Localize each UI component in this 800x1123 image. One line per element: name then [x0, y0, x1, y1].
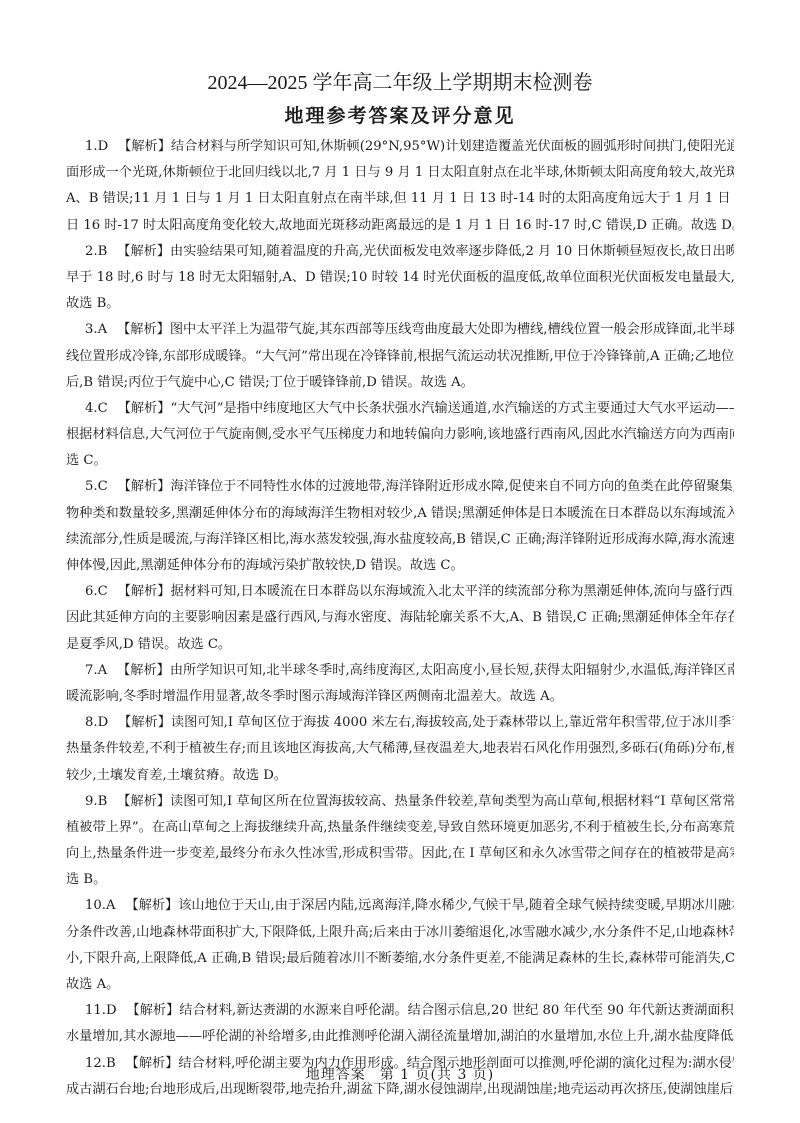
answer-line: 分条件改善,山地森林带面积扩大,下限降低,上限升高;后来由于冰川萎缩退化,冰雪融… [66, 920, 734, 946]
answer-text: 故选 A。 [66, 977, 119, 992]
answer-text: 是夏季风,D 错误。故选 C。 [66, 637, 231, 652]
answer-number: 1.D [85, 134, 108, 160]
answer-line: 伸体慢,因此,黑潮延伸体分布的海域污染扩散较快,D 错误。故选 C。 [66, 553, 734, 579]
answer-number: 8.D [85, 710, 108, 736]
answer-text: “大气河”是指中纬度地区大气中长条状强水汽输送通道,水汽输送的方式主要通过大气水… [170, 401, 734, 416]
document-subtitle: 地理参考答案及评分意见 [0, 103, 800, 129]
answer-line: 选 B。 [66, 867, 734, 893]
answer-item: 1.D【解析】结合材料与所学知识可知,休斯顿(29°N,95°W)计划建造覆盖光… [66, 134, 734, 239]
answer-text: 日 16 时-17 时太阳高度角变化较大,故地面光斑移动距离最远的是 1 月 1… [66, 218, 734, 233]
answer-text: 分条件改善,山地森林带面积扩大,下限降低,上限升高;后来由于冰川萎缩退化,冰雪融… [66, 925, 734, 940]
answer-number: 9.B [85, 789, 107, 815]
answer-text: A、B 错误;11 月 1 日与 1 月 1 日太阳直射点在南半球,但 11 月… [66, 191, 734, 206]
answer-line: 7.A【解析】由所学知识可知,北半球冬季时,高纬度海区,太阳高度小,昼长短,获得… [66, 658, 734, 684]
answer-item: 6.C【解析】据材料可知,日本暖流在日本群岛以东海域流入北太平洋的续流部分称为黑… [66, 579, 734, 658]
analysis-tag: 【解析】 [118, 139, 171, 154]
answer-line: 较少,土壤发育差,土壤贫瘠。故选 D。 [66, 763, 734, 789]
answer-text: 水量增加,其水源地——呼伦湖的补给增多,由此推测呼伦湖入湖径流量增加,湖泊的水量… [66, 1029, 734, 1044]
answer-number: 6.C [85, 579, 108, 605]
answer-line: 9.B【解析】读图可知,I 草甸区所在位置海拔较高、热量条件较差,草甸类型为高山… [66, 789, 734, 815]
answer-text: 选 C。 [66, 453, 107, 468]
analysis-tag: 【解析】 [117, 244, 170, 259]
answer-list: 1.D【解析】结合材料与所学知识可知,休斯顿(29°N,95°W)计划建造覆盖光… [66, 134, 734, 1103]
answer-text: 由所学知识可知,北半球冬季时,高纬度海区,太阳高度小,昼长短,获得太阳辐射少,水… [170, 663, 734, 678]
answer-text: 由实验结果可知,随着温度的升高,光伏面板发电效率逐步降低,2 月 10 日休斯顿… [170, 244, 734, 259]
answer-item: 7.A【解析】由所学知识可知,北半球冬季时,高纬度海区,太阳高度小,昼长短,获得… [66, 658, 734, 710]
document-page: 2024—2025 学年高二年级上学期期末检测卷 地理参考答案及评分意见 1.D… [0, 0, 800, 1123]
answer-text: 读图可知,I 草甸区位于海拔 4000 米左右,海拔较高,处于森林带以上,靠近常… [171, 715, 734, 730]
exam-title: 2024—2025 学年高二年级上学期期末检测卷 [0, 70, 800, 96]
answer-line: 8.D【解析】读图可知,I 草甸区位于海拔 4000 米左右,海拔较高,处于森林… [66, 710, 734, 736]
answer-number: 2.B [85, 239, 107, 265]
answer-text: 暖流影响,冬季时增温作用显著,故冬季时图示海域海洋锋区两侧南北温差大。故选 A。 [66, 689, 563, 704]
analysis-tag: 【解析】 [118, 715, 171, 730]
answer-number: 10.A [85, 893, 116, 919]
analysis-tag: 【解析】 [117, 794, 170, 809]
answer-text: 小,下限升高,上限降低,A 正确,B 错误;最后随着冰川不断萎缩,水分条件更差,… [66, 951, 734, 966]
answer-number: 5.C [85, 474, 108, 500]
answer-number: 11.D [85, 998, 117, 1024]
answer-text: 面形成一个光斑,休斯顿位于北回归线以北,7 月 1 日与 9 月 1 日太阳直射… [66, 165, 734, 180]
analysis-tag: 【解析】 [117, 663, 170, 678]
answer-line: 小,下限升高,上限降低,A 正确,B 错误;最后随着冰川不断萎缩,水分条件更差,… [66, 946, 734, 972]
answer-line: 暖流影响,冬季时增温作用显著,故冬季时图示海域海洋锋区两侧南北温差大。故选 A。 [66, 684, 734, 710]
answer-line: 线位置形成冷锋,东部形成暖锋。“大气河”常出现在冷锋锋前,根据气流运动状况推断,… [66, 344, 734, 370]
answer-text: 海洋锋位于不同特性水体的过渡地带,海洋锋附近形成水障,促使来自不同方向的鱼类在此… [170, 479, 734, 494]
answer-text: 植被带上界”。在高山草甸之上海拔继续升高,热量条件继续变差,导致自然环境更加恶劣… [66, 820, 734, 835]
answer-line: 5.C【解析】海洋锋位于不同特性水体的过渡地带,海洋锋附近形成水障,促使来自不同… [66, 474, 734, 500]
answer-text: 结合材料与所学知识可知,休斯顿(29°N,95°W)计划建造覆盖光伏面板的圆弧形… [171, 139, 734, 154]
answer-text: 物种类和数量较多,黑潮延伸体分布的海域海洋生物相对较少,A 错误;黑潮延伸体是日… [66, 506, 734, 521]
answer-text: 故选 B。 [66, 296, 119, 311]
answer-line: 早于 18 时,6 时与 18 时无太阳辐射,A、D 错误;10 时较 14 时… [66, 265, 734, 291]
answer-text: 结合材料,新达赉湖的水源来自呼伦湖。结合图示信息,20 世纪 80 年代至 90… [179, 1003, 734, 1018]
answer-line: 1.D【解析】结合材料与所学知识可知,休斯顿(29°N,95°W)计划建造覆盖光… [66, 134, 734, 160]
answer-line: 4.C【解析】“大气河”是指中纬度地区大气中长条状强水汽输送通道,水汽输送的方式… [66, 396, 734, 422]
answer-text: 读图可知,I 草甸区所在位置海拔较高、热量条件较差,草甸类型为高山草甸,根据材料… [170, 794, 734, 809]
answer-text: 续流部分,性质是暖流,与海洋锋区相比,海水蒸发较强,海水盐度较高,B 错误,C … [66, 532, 734, 547]
answer-line: 10.A【解析】该山地位于天山,由于深居内陆,远离海洋,降水稀少,气候干旱,随着… [66, 893, 734, 919]
answer-text: 线位置形成冷锋,东部形成暖锋。“大气河”常出现在冷锋锋前,根据气流运动状况推断,… [66, 349, 734, 364]
analysis-tag: 【解析】 [118, 584, 171, 599]
answer-line: A、B 错误;11 月 1 日与 1 月 1 日太阳直射点在南半球,但 11 月… [66, 186, 734, 212]
answer-line: 热量条件较差,不利于植被生存;而且该地区海拔高,大气稀薄,昼夜温差大,地表岩石风… [66, 736, 734, 762]
analysis-tag: 【解析】 [118, 479, 171, 494]
analysis-tag: 【解析】 [117, 322, 170, 337]
answer-line: 故选 B。 [66, 291, 734, 317]
answer-item: 10.A【解析】该山地位于天山,由于深居内陆,远离海洋,降水稀少,气候干旱,随着… [66, 893, 734, 998]
answer-number: 4.C [85, 396, 108, 422]
answer-line: 面形成一个光斑,休斯顿位于北回归线以北,7 月 1 日与 9 月 1 日太阳直射… [66, 160, 734, 186]
answer-item: 8.D【解析】读图可知,I 草甸区位于海拔 4000 米左右,海拔较高,处于森林… [66, 710, 734, 789]
footer-subject: 地理答案 [306, 1067, 366, 1083]
answer-line: 植被带上界”。在高山草甸之上海拔继续升高,热量条件继续变差,导致自然环境更加恶劣… [66, 815, 734, 841]
answer-line: 根据材料信息,大气河位于气旋南侧,受水平气压梯度力和地转偏向力影响,该地盛行西南… [66, 422, 734, 448]
answer-text: 热量条件较差,不利于植被生存;而且该地区海拔高,大气稀薄,昼夜温差大,地表岩石风… [66, 741, 734, 756]
answer-item: 3.A【解析】图中太平洋上为温带气旋,其东西部等压线弯曲度最大处即为槽线,槽线位… [66, 317, 734, 396]
answer-item: 2.B【解析】由实验结果可知,随着温度的升高,光伏面板发电效率逐步降低,2 月 … [66, 239, 734, 318]
answer-line: 因此其延伸方向的主要影响因素是盛行西风,与海水密度、海陆轮廓关系不大,A、B 错… [66, 605, 734, 631]
answer-item: 11.D【解析】结合材料,新达赉湖的水源来自呼伦湖。结合图示信息,20 世纪 8… [66, 998, 734, 1050]
answer-number: 3.A [85, 317, 107, 343]
answer-item: 9.B【解析】读图可知,I 草甸区所在位置海拔较高、热量条件较差,草甸类型为高山… [66, 789, 734, 894]
answer-line: 向上,热量条件进一步变差,最终分布永久性冰雪,形成积雪带。因此,在 I 草甸区和… [66, 841, 734, 867]
answer-text: 根据材料信息,大气河位于气旋南侧,受水平气压梯度力和地转偏向力影响,该地盛行西南… [66, 427, 734, 442]
answer-text: 较少,土壤发育差,土壤贫瘠。故选 D。 [66, 768, 287, 783]
answer-line: 3.A【解析】图中太平洋上为温带气旋,其东西部等压线弯曲度最大处即为槽线,槽线位… [66, 317, 734, 343]
analysis-tag: 【解析】 [118, 401, 171, 416]
answer-text: 选 B。 [66, 872, 106, 887]
answer-line: 是夏季风,D 错误。故选 C。 [66, 632, 734, 658]
answer-text: 据材料可知,日本暖流在日本群岛以东海域流入北太平洋的续流部分称为黑潮延伸体,流向… [170, 584, 734, 599]
answer-text: 伸体慢,因此,黑潮延伸体分布的海域污染扩散较快,D 错误。故选 C。 [66, 558, 464, 573]
footer-page-number: 第 1 页(共 3 页) [380, 1067, 495, 1083]
answer-line: 11.D【解析】结合材料,新达赉湖的水源来自呼伦湖。结合图示信息,20 世纪 8… [66, 998, 734, 1024]
page-footer: 地理答案第 1 页(共 3 页) [0, 1065, 800, 1085]
answer-line: 续流部分,性质是暖流,与海洋锋区相比,海水蒸发较强,海水盐度较高,B 错误,C … [66, 527, 734, 553]
analysis-tag: 【解析】 [126, 898, 179, 913]
analysis-tag: 【解析】 [127, 1003, 180, 1018]
answer-text: 因此其延伸方向的主要影响因素是盛行西风,与海水密度、海陆轮廓关系不大,A、B 错… [66, 610, 734, 625]
answer-item: 4.C【解析】“大气河”是指中纬度地区大气中长条状强水汽输送通道,水汽输送的方式… [66, 396, 734, 475]
answer-item: 5.C【解析】海洋锋位于不同特性水体的过渡地带,海洋锋附近形成水障,促使来自不同… [66, 474, 734, 579]
answer-text: 向上,热量条件进一步变差,最终分布永久性冰雪,形成积雪带。因此,在 I 草甸区和… [66, 846, 734, 861]
answer-number: 7.A [85, 658, 107, 684]
answer-line: 水量增加,其水源地——呼伦湖的补给增多,由此推测呼伦湖入湖径流量增加,湖泊的水量… [66, 1024, 734, 1050]
answer-line: 后,B 错误;丙位于气旋中心,C 错误;丁位于暖锋锋前,D 错误。故选 A。 [66, 370, 734, 396]
answer-line: 6.C【解析】据材料可知,日本暖流在日本群岛以东海域流入北太平洋的续流部分称为黑… [66, 579, 734, 605]
answer-line: 2.B【解析】由实验结果可知,随着温度的升高,光伏面板发电效率逐步降低,2 月 … [66, 239, 734, 265]
answer-line: 物种类和数量较多,黑潮延伸体分布的海域海洋生物相对较少,A 错误;黑潮延伸体是日… [66, 501, 734, 527]
answer-text: 图中太平洋上为温带气旋,其东西部等压线弯曲度最大处即为槽线,槽线位置一般会形成锋… [170, 322, 734, 337]
answer-text: 早于 18 时,6 时与 18 时无太阳辐射,A、D 错误;10 时较 14 时… [66, 270, 734, 285]
answer-text: 后,B 错误;丙位于气旋中心,C 错误;丁位于暖锋锋前,D 错误。故选 A。 [66, 375, 474, 390]
answer-line: 日 16 时-17 时太阳高度角变化较大,故地面光斑移动距离最远的是 1 月 1… [66, 213, 734, 239]
answer-line: 选 C。 [66, 448, 734, 474]
answer-line: 故选 A。 [66, 972, 734, 998]
answer-text: 该山地位于天山,由于深居内陆,远离海洋,降水稀少,气候干旱,随着全球气候持续变暖… [178, 898, 734, 913]
